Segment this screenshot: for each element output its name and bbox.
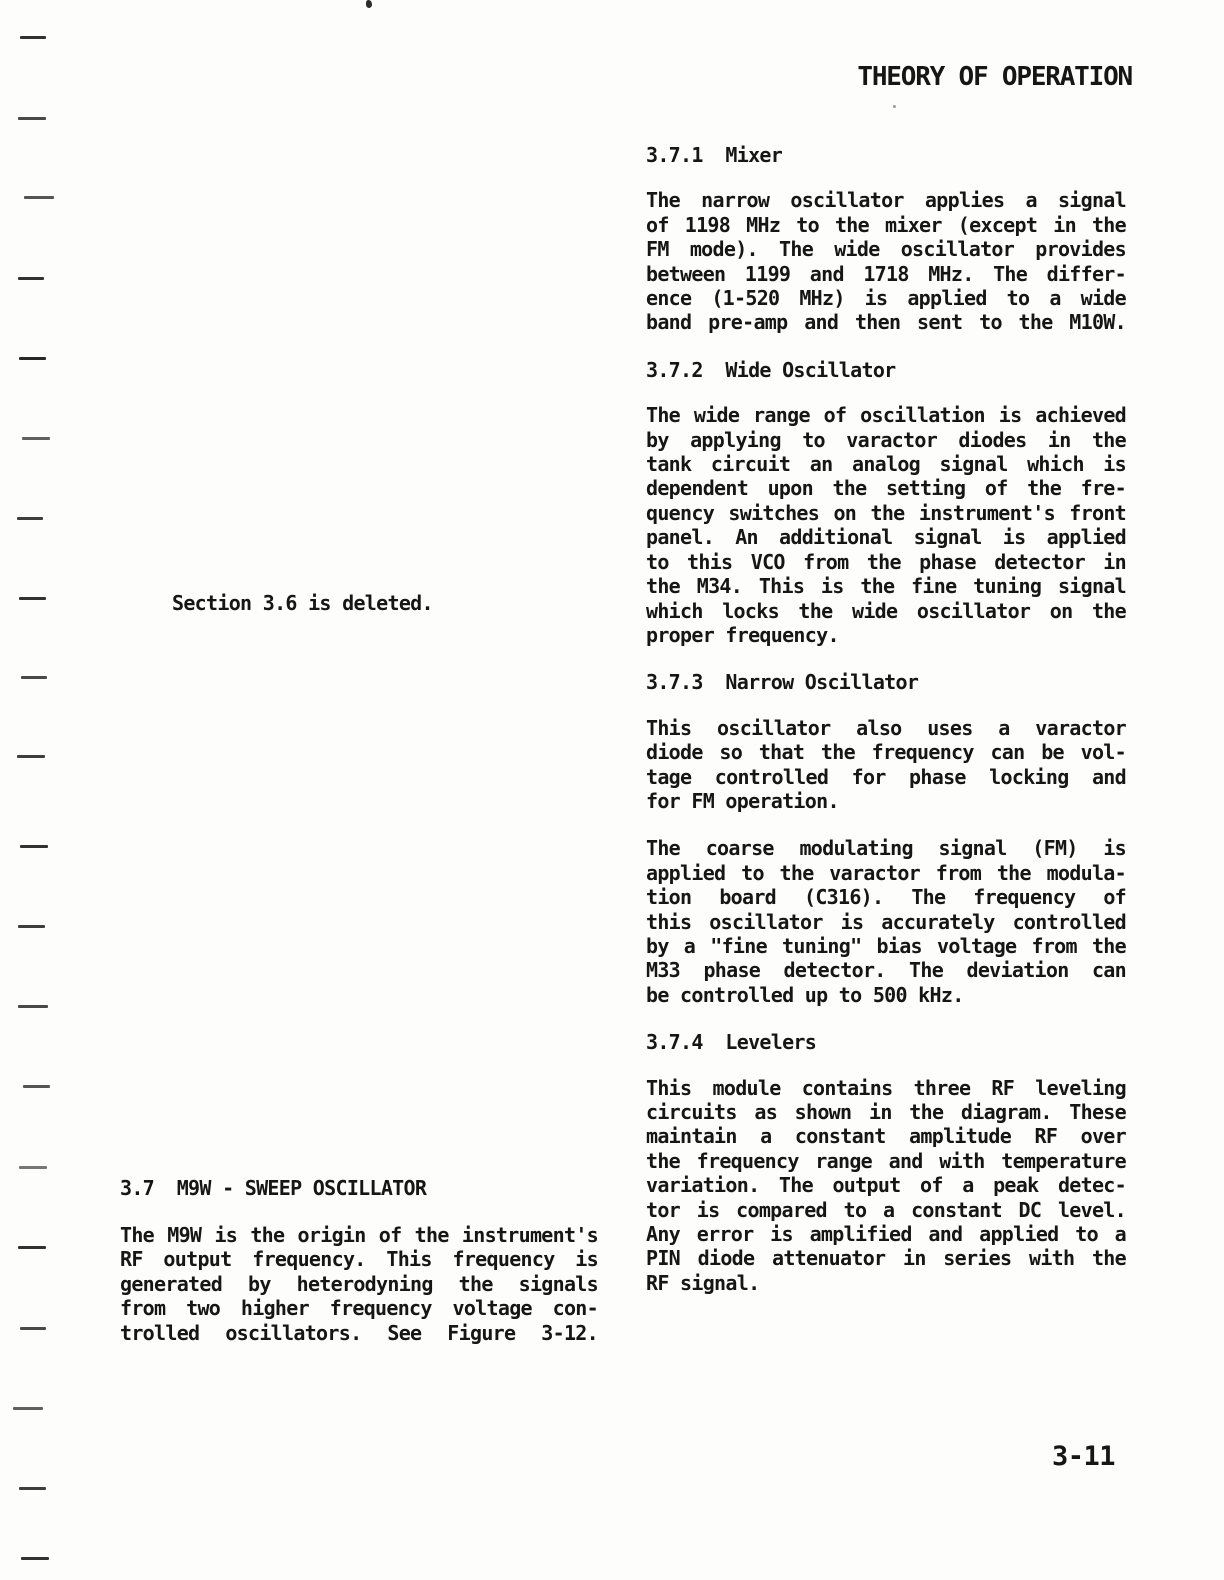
section-3-7-paragraph: The M9W is the origin of the instrument'… [120,1223,598,1368]
text-line: which locks the wide oscillator on the [646,599,1126,623]
binder-edge-mark [24,196,54,199]
binder-edge-mark [23,1085,50,1088]
text-line: This oscillator also uses a varactor [646,716,1126,740]
binder-edge-mark [18,1005,48,1008]
text-line: be controlled up to 500 kHz. [646,983,1126,1007]
binder-edge-mark [17,755,45,758]
text-line: RF signal. [646,1271,1126,1295]
text-line: This module contains three RF leveling [646,1076,1126,1100]
text-line: generated by heterodyning the signals [120,1272,598,1296]
text-line: diode so that the frequency can be vol- [646,740,1126,764]
section-heading: 3.7.4 Levelers [646,1030,1126,1054]
document-page: THEORY OF OPERATION Section 3.6 is delet… [0,0,1224,1580]
right-column: 3.7.1 MixerThe narrow oscillator applies… [646,143,1126,1318]
deleted-section-note: Section 3.6 is deleted. [172,591,433,615]
text-line: this oscillator is accurately controlled [646,910,1126,934]
text-line: circuits as shown in the diagram. These [646,1100,1126,1124]
text-line: of 1198 MHz to the mixer (except in the [646,213,1126,237]
text-line: the M34. This is the fine tuning signal [646,574,1126,598]
binder-edge-mark [18,1246,46,1249]
binder-edge-mark [17,517,43,520]
text-line: to this VCO from the phase detector in [646,550,1126,574]
page-title: THEORY OF OPERATION [857,62,1132,92]
text-line: tage controlled for phase locking and [646,765,1126,789]
text-line: applied to the varactor from the modula- [646,861,1126,885]
text-line: dependent upon the setting of the fre- [646,476,1126,500]
text-line: RF output frequency. This frequency is [120,1247,598,1271]
text-line: tank circuit an analog signal which is [646,452,1126,476]
text-line: band pre-amp and then sent to the M10W. [646,310,1126,334]
text-line: The wide range of oscillation is achieve… [646,403,1126,427]
binder-edge-mark [22,437,50,440]
paragraph: This module contains three RF levelingci… [646,1076,1126,1296]
section-heading: 3.7.1 Mixer [646,143,1126,167]
paragraph: The wide range of oscillation is achieve… [646,403,1126,647]
text-line: ence (1-520 MHz) is applied to a wide [646,286,1126,310]
binder-edge-mark [19,1166,47,1169]
binder-edge-mark [19,1487,46,1490]
text-line: FM mode). The wide oscillator provides [646,237,1126,261]
text-line: the frequency range and with temperature [646,1149,1126,1173]
section-heading: 3.7.3 Narrow Oscillator [646,670,1126,694]
text-line: tion board (C316). The frequency of [646,885,1126,909]
text-line: The coarse modulating signal (FM) is [646,836,1126,860]
text-line: The M9W is the origin of the instrument'… [120,1223,598,1247]
text-line: The narrow oscillator applies a signal [646,188,1126,212]
binder-edge-mark [19,357,46,360]
text-line: M33 phase detector. The deviation can [646,958,1126,982]
scan-speck [893,105,896,108]
text-line: between 1199 and 1718 MHz. The differ- [646,262,1126,286]
paragraph: The coarse modulating signal (FM) isappl… [646,836,1126,1007]
text-line: PIN diode attenuator in series with the [646,1246,1126,1270]
binder-edge-mark [13,1407,43,1410]
binder-edge-mark [18,925,45,928]
page-number: 3-11 [1052,1441,1115,1472]
binder-edge-mark [20,36,46,39]
scan-speck [366,0,372,8]
binder-edge-mark [20,1327,46,1330]
section-3-7-heading: 3.7 M9W - SWEEP OSCILLATOR [120,1176,426,1200]
text-line: for FM operation. [646,789,1126,813]
text-line: quency switches on the instrument's fron… [646,501,1126,525]
text-line: from two higher frequency voltage con- [120,1296,598,1320]
text-line: maintain a constant amplitude RF over [646,1124,1126,1148]
text-line: by a "fine tuning" bias voltage from the [646,934,1126,958]
text-line: trolled oscillators. See Figure 3-12. [120,1321,598,1345]
text-line: Any error is amplified and applied to a [646,1222,1126,1246]
binder-edge-mark [20,845,48,848]
binder-edge-mark [21,1557,49,1560]
paragraph: The M9W is the origin of the instrument'… [120,1223,598,1345]
paragraph: The narrow oscillator applies a signalof… [646,188,1126,334]
binder-edge-mark [18,277,44,280]
paragraph: This oscillator also uses a varactordiod… [646,716,1126,814]
section-heading: 3.7.2 Wide Oscillator [646,358,1126,382]
text-line: variation. The output of a peak detec- [646,1173,1126,1197]
binder-edge-mark [18,117,46,120]
text-line: tor is compared to a constant DC level. [646,1198,1126,1222]
binder-edge-mark [19,597,46,600]
text-line: by applying to varactor diodes in the [646,428,1126,452]
text-line: panel. An additional signal is applied [646,525,1126,549]
binder-edge-mark [21,676,47,679]
text-line: proper frequency. [646,623,1126,647]
